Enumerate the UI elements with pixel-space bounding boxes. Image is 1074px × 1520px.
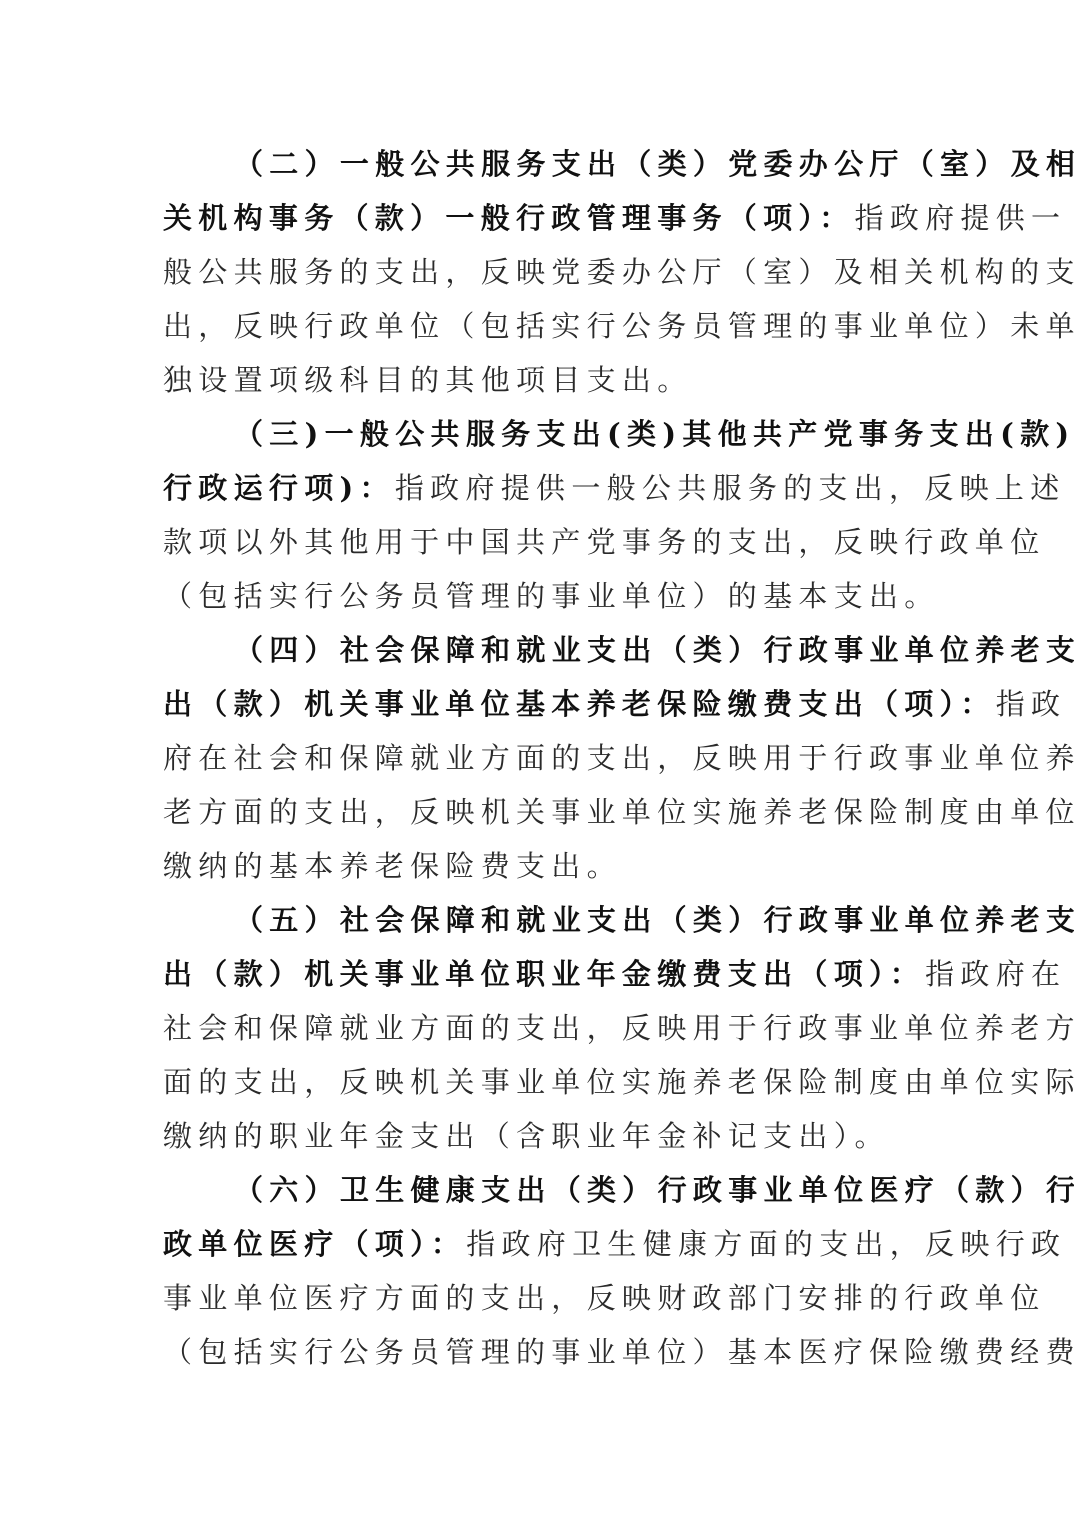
paragraph-5-line-2: 出（款）机关事业单位职业年金缴费支出（项）：指政府在 <box>163 954 923 994</box>
document-page: （二）一般公共服务支出（类）党委办公厅（室）及相 关机构事务（款）一般行政管理事… <box>0 0 1074 1520</box>
paragraph-text: 社会和保障就业方面的支出，反映用于行政事业单位养老方 <box>163 1011 1074 1045</box>
paragraph-6-line-2: 政单位医疗（项）：指政府卫生健康方面的支出，反映行政 <box>163 1224 923 1264</box>
paragraph-3-line-1: （三)一般公共服务支出(类)其他共产党事务支出(款) <box>163 414 923 454</box>
paragraph-text: 指政府卫生健康方面的支出，反映行政 <box>466 1227 1066 1261</box>
paragraph-text: （包括实行公务员管理的事业单位）基本医疗保险缴费经费， <box>163 1335 1074 1369</box>
paragraph-4-line-2: 出（款）机关事业单位基本养老保险缴费支出（项）：指政 <box>163 684 923 724</box>
paragraph-heading: 出（款）机关事业单位基本养老保险缴费支出（项）： <box>163 687 996 721</box>
paragraph-text: （包括实行公务员管理的事业单位）的基本支出。 <box>163 579 940 613</box>
paragraph-heading: （五）社会保障和就业支出（类）行政事业单位养老支 <box>163 903 1074 937</box>
paragraph-6-line-4: （包括实行公务员管理的事业单位）基本医疗保险缴费经费， <box>163 1332 923 1372</box>
paragraph-text: 指政府提供一 <box>855 201 1067 235</box>
paragraph-heading: 政单位医疗（项）： <box>163 1227 466 1261</box>
paragraph-3-line-2: 行政运行项)：指政府提供一般公共服务的支出，反映上述 <box>163 468 923 508</box>
paragraph-3-line-3: 款项以外其他用于中国共产党事务的支出，反映行政单位 <box>163 522 923 562</box>
paragraph-text: 事业单位医疗方面的支出，反映财政部门安排的行政单位 <box>163 1281 1046 1315</box>
paragraph-text: 面的支出，反映机关事业单位实施养老保险制度由单位实际 <box>163 1065 1074 1099</box>
paragraph-text: 般公共服务的支出，反映党委办公厅（室）及相关机构的支 <box>163 255 1074 289</box>
paragraph-5-line-5: 缴纳的职业年金支出（含职业年金补记支出）。 <box>163 1116 923 1156</box>
paragraph-4-line-5: 缴纳的基本养老保险费支出。 <box>163 846 923 886</box>
paragraph-text: 指政府在 <box>925 957 1066 991</box>
paragraph-2-line-5: 独设置项级科目的其他项目支出。 <box>163 360 923 400</box>
paragraph-text: 缴纳的基本养老保险费支出。 <box>163 849 622 883</box>
paragraph-5-line-3: 社会和保障就业方面的支出，反映用于行政事业单位养老方 <box>163 1008 923 1048</box>
paragraph-heading: 出（款）机关事业单位职业年金缴费支出（项）： <box>163 957 925 991</box>
paragraph-text: 老方面的支出，反映机关事业单位实施养老保险制度由单位 <box>163 795 1074 829</box>
paragraph-text: 指政府提供一般公共服务的支出，反映上述 <box>395 471 1066 505</box>
paragraph-text: 出，反映行政单位（包括实行公务员管理的事业单位）未单 <box>163 309 1074 343</box>
paragraph-2-line-1: （二）一般公共服务支出（类）党委办公厅（室）及相 <box>163 144 923 184</box>
paragraph-text: 指政 <box>996 687 1067 721</box>
paragraph-heading: （四）社会保障和就业支出（类）行政事业单位养老支 <box>163 633 1074 667</box>
paragraph-5-line-1: （五）社会保障和就业支出（类）行政事业单位养老支 <box>163 900 923 940</box>
paragraph-text: 府在社会和保障就业方面的支出，反映用于行政事业单位养 <box>163 741 1074 775</box>
paragraph-5-line-4: 面的支出，反映机关事业单位实施养老保险制度由单位实际 <box>163 1062 923 1102</box>
paragraph-text: 缴纳的职业年金支出（含职业年金补记支出）。 <box>163 1119 890 1153</box>
paragraph-2-line-3: 般公共服务的支出，反映党委办公厅（室）及相关机构的支 <box>163 252 923 292</box>
paragraph-2-line-2: 关机构事务（款）一般行政管理事务（项）：指政府提供一 <box>163 198 923 238</box>
paragraph-text: 独设置项级科目的其他项目支出。 <box>163 363 693 397</box>
paragraph-heading: 关机构事务（款）一般行政管理事务（项）： <box>163 201 855 235</box>
paragraph-6-line-3: 事业单位医疗方面的支出，反映财政部门安排的行政单位 <box>163 1278 923 1318</box>
paragraph-heading: （二）一般公共服务支出（类）党委办公厅（室）及相 <box>163 147 1074 181</box>
paragraph-4-line-1: （四）社会保障和就业支出（类）行政事业单位养老支 <box>163 630 923 670</box>
paragraph-3-line-4: （包括实行公务员管理的事业单位）的基本支出。 <box>163 576 923 616</box>
paragraph-heading: （三)一般公共服务支出(类)其他共产党事务支出(款) <box>163 417 1074 451</box>
paragraph-4-line-3: 府在社会和保障就业方面的支出，反映用于行政事业单位养 <box>163 738 923 778</box>
paragraph-heading: 行政运行项)： <box>163 471 395 505</box>
paragraph-4-line-4: 老方面的支出，反映机关事业单位实施养老保险制度由单位 <box>163 792 923 832</box>
paragraph-text: 款项以外其他用于中国共产党事务的支出，反映行政单位 <box>163 525 1046 559</box>
paragraph-6-line-1: （六）卫生健康支出（类）行政事业单位医疗（款）行 <box>163 1170 923 1210</box>
paragraph-2-line-4: 出，反映行政单位（包括实行公务员管理的事业单位）未单 <box>163 306 923 346</box>
paragraph-heading: （六）卫生健康支出（类）行政事业单位医疗（款）行 <box>163 1173 1074 1207</box>
